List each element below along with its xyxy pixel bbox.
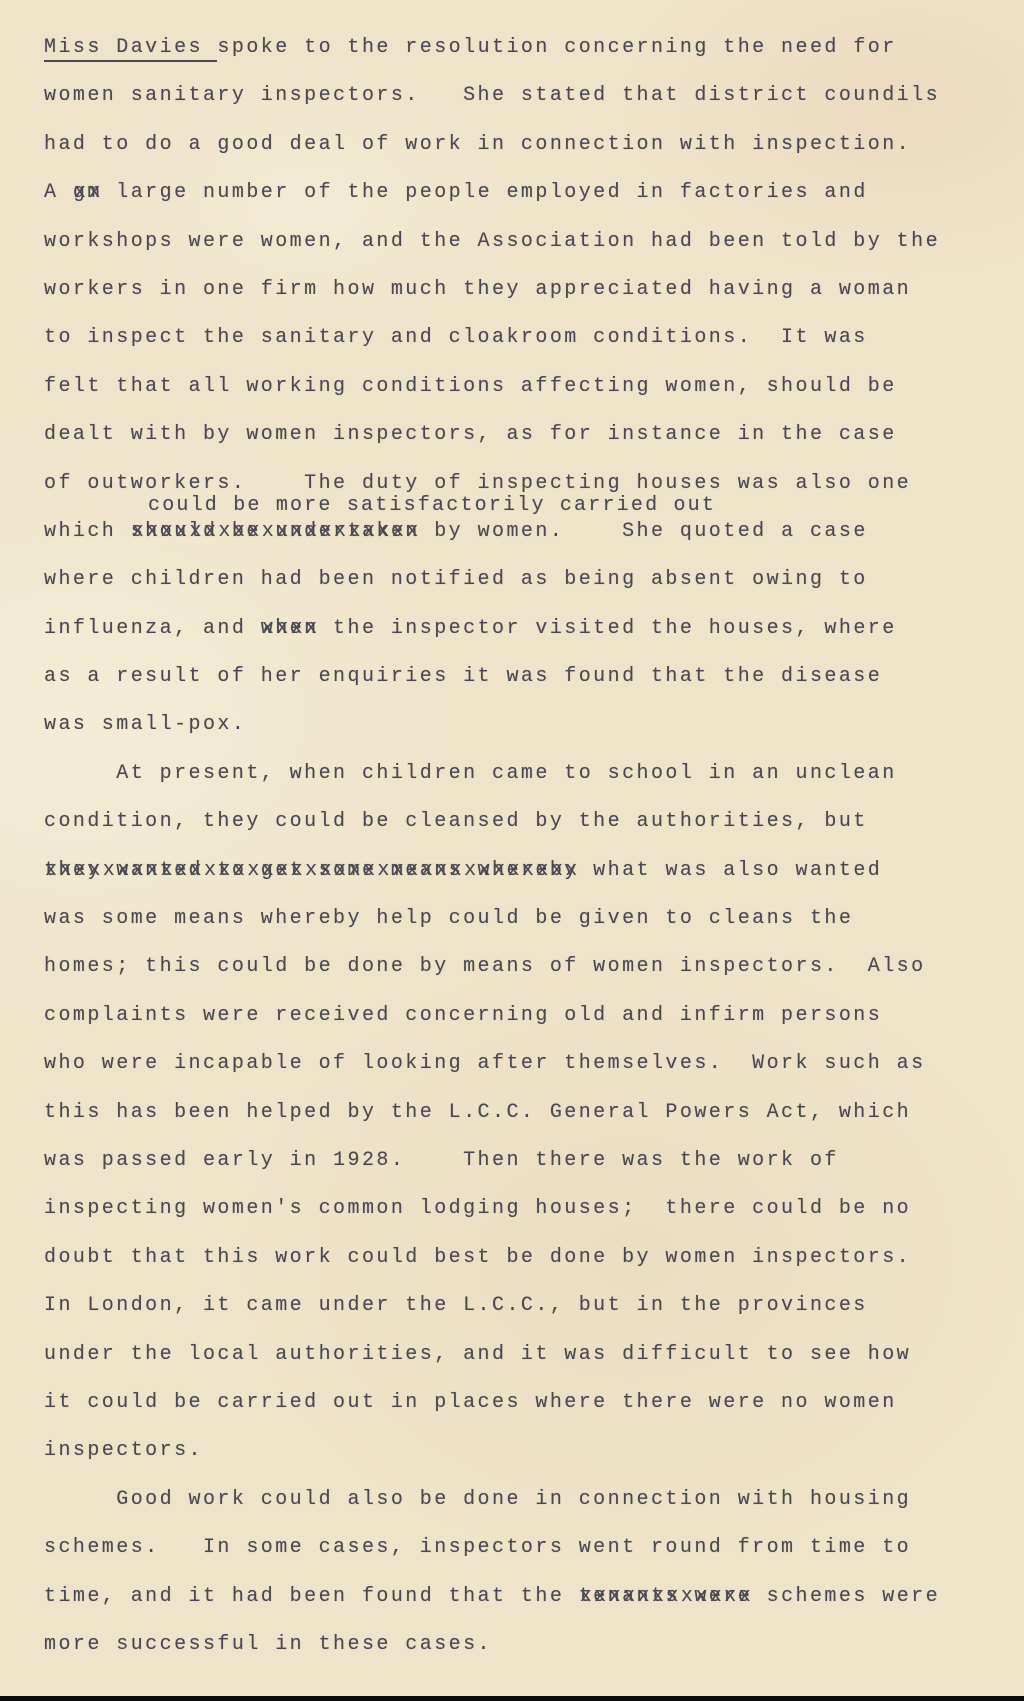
text-line: time, and it had been found that the ten… xyxy=(44,1573,984,1621)
text-line: workshops were women, and the Associatio… xyxy=(44,218,984,266)
text-line: At present, when children came to school… xyxy=(44,750,984,798)
text-segment: doubt that this work could best be done … xyxy=(44,1246,911,1269)
text-line: had to do a good deal of work in connect… xyxy=(44,121,984,169)
text-segment: more successful in these cases. xyxy=(44,1633,492,1656)
text-segment: what was also wanted xyxy=(579,859,883,882)
text-segment: workshops were women, and the Associatio… xyxy=(44,230,940,253)
text-segment: time, and it had been found that the xyxy=(44,1585,579,1608)
struck-text: when xyxy=(261,605,319,653)
text-line: was some means whereby help could be giv… xyxy=(44,895,984,943)
text-segment: large number of the people employed in f… xyxy=(102,181,868,204)
text-line: influenza, and when the inspector visite… xyxy=(44,605,984,653)
text-segment: Good work could also be done in connecti… xyxy=(44,1488,911,1511)
text-line: Miss Davies spoke to the resolution conc… xyxy=(44,24,984,72)
text-segment: under the local authorities, and it was … xyxy=(44,1343,911,1366)
text-line: under the local authorities, and it was … xyxy=(44,1331,984,1379)
text-segment: who were incapable of looking after them… xyxy=(44,1052,926,1075)
text-segment: as a result of her enquiries it was foun… xyxy=(44,665,882,688)
text-line: they wanted to get some means whereby wh… xyxy=(44,847,984,895)
text-line: this has been helped by the L.C.C. Gener… xyxy=(44,1089,984,1137)
text-line: it could be carried out in places where … xyxy=(44,1379,984,1427)
text-line: where children had been notified as bein… xyxy=(44,556,984,604)
text-segment: homes; this could be done by means of wo… xyxy=(44,955,926,978)
text-line: dealt with by women inspectors, as for i… xyxy=(44,411,984,459)
text-line: more successful in these cases. xyxy=(44,1621,984,1669)
text-line: to inspect the sanitary and cloakroom co… xyxy=(44,314,984,362)
text-line: workers in one firm how much they apprec… xyxy=(44,266,984,314)
text-segment: which xyxy=(44,520,131,543)
text-segment: inspecting women's common lodging houses… xyxy=(44,1197,911,1220)
text-segment: to inspect the sanitary and cloakroom co… xyxy=(44,326,868,349)
text-segment: was passed early in 1928. Then there was… xyxy=(44,1149,839,1172)
text-segment: the inspector visited the houses, where xyxy=(319,617,897,640)
struck-text: should be undertaken xyxy=(131,508,420,556)
text-line: In London, it came under the L.C.C., but… xyxy=(44,1282,984,1330)
text-segment: At present, when children came to school… xyxy=(44,762,897,785)
text-segment: women sanitary inspectors. She stated th… xyxy=(44,84,940,107)
text-segment: inspectors. xyxy=(44,1439,203,1462)
scan-edge-bar xyxy=(0,1696,1024,1701)
underlined-text: Miss Davies xyxy=(44,36,217,62)
text-segment: felt that all working conditions affecti… xyxy=(44,375,897,398)
text-segment: A xyxy=(44,181,73,204)
text-line: could be more satisfactorily carried out… xyxy=(44,508,984,556)
text-segment: workers in one firm how much they apprec… xyxy=(44,278,911,301)
text-segment: condition, they could be cleansed by the… xyxy=(44,810,868,833)
text-line: schemes. In some cases, inspectors went … xyxy=(44,1524,984,1572)
text-line: inspectors. xyxy=(44,1427,984,1475)
text-segment: In London, it came under the L.C.C., but… xyxy=(44,1294,868,1317)
text-segment: schemes. In some cases, inspectors went … xyxy=(44,1536,911,1559)
text-line: complaints were received concerning old … xyxy=(44,992,984,1040)
text-line: felt that all working conditions affecti… xyxy=(44,363,984,411)
text-segment: dealt with by women inspectors, as for i… xyxy=(44,423,897,446)
text-segment: had to do a good deal of work in connect… xyxy=(44,133,911,156)
text-line: who were incapable of looking after them… xyxy=(44,1040,984,1088)
text-line: was passed early in 1928. Then there was… xyxy=(44,1137,984,1185)
text-line: doubt that this work could best be done … xyxy=(44,1234,984,1282)
text-line: Good work could also be done in connecti… xyxy=(44,1476,984,1524)
document-page: Miss Davies spoke to the resolution conc… xyxy=(44,24,984,1669)
text-segment: where children had been notified as bein… xyxy=(44,568,868,591)
text-line: was small-pox. xyxy=(44,701,984,749)
text-line: inspecting women's common lodging houses… xyxy=(44,1185,984,1233)
text-segment: schemes were xyxy=(752,1585,940,1608)
struck-text: tenants were xyxy=(579,1573,752,1621)
text-line: homes; this could be done by means of wo… xyxy=(44,943,984,991)
text-line: A gm large number of the people employed… xyxy=(44,169,984,217)
text-line: women sanitary inspectors. She stated th… xyxy=(44,72,984,120)
struck-text: gm xyxy=(73,169,102,217)
text-segment: spoke to the resolution concerning the n… xyxy=(203,36,897,59)
struck-text: they wanted to get some means whereby xyxy=(44,847,579,895)
text-segment: this has been helped by the L.C.C. Gener… xyxy=(44,1101,911,1124)
text-line: condition, they could be cleansed by the… xyxy=(44,798,984,846)
text-segment: was some means whereby help could be giv… xyxy=(44,907,853,930)
text-segment: complaints were received concerning old … xyxy=(44,1004,882,1027)
text-line: as a result of her enquiries it was foun… xyxy=(44,653,984,701)
text-segment: it could be carried out in places where … xyxy=(44,1391,897,1414)
text-segment: was small-pox. xyxy=(44,713,246,736)
text-segment: influenza, and xyxy=(44,617,261,640)
